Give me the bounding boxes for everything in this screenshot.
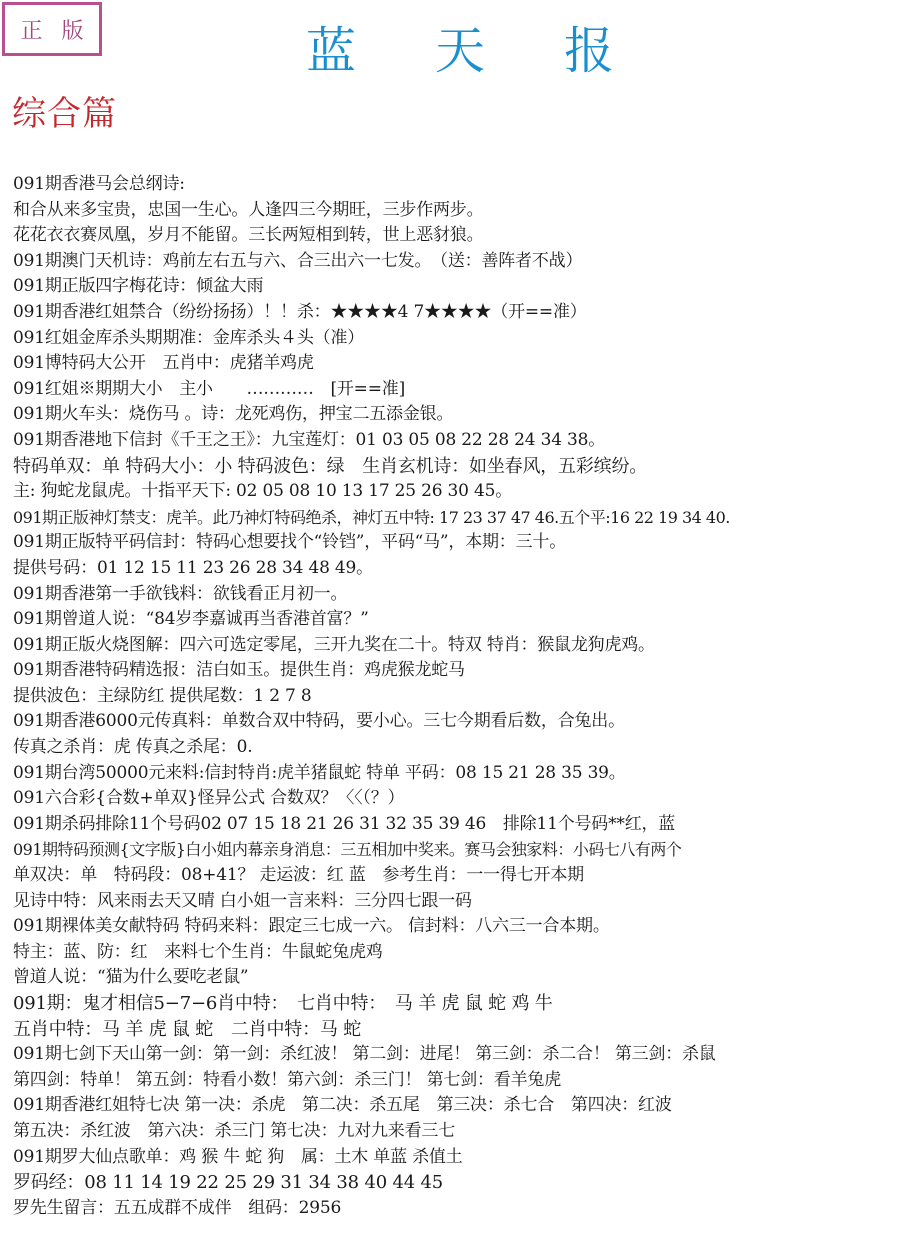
masthead-title: 蓝 天 报 (300, 18, 620, 84)
masthead-char: 蓝 (300, 26, 362, 76)
authentic-edition-badge: 正 版 (2, 2, 102, 56)
text-line: 主: 狗蛇龙鼠虎。十指平天下: 02 05 08 10 13 17 25 26 … (13, 479, 898, 505)
text-line: 特码单双：单 特码大小：小 特码波色：绿 生肖玄机诗：如坐春风，五彩缤纷。 (13, 454, 898, 480)
text-line: 091期香港地下信封《千王之王》：九宝莲灯：01 03 05 08 22 28 … (13, 428, 898, 454)
text-line: 091红姐※期期大小 主小 ………… [开==准] (13, 377, 898, 403)
text-line: 第四剑：特单！ 第五剑：特看小数！第六剑：杀三门！ 第七剑：看羊兔虎 (13, 1068, 898, 1094)
text-line: 罗先生留言：五五成群不成伴 组码：2956 (13, 1196, 898, 1222)
text-line: 和合从来多宝贵，忠国一生心。人逢四三今期旺，三步作两步。 (13, 198, 898, 224)
text-line: 091期正版特平码信封：特码心想要找个“铃铛”，平码“马”，本期：三十。 (13, 530, 898, 556)
text-line: 091期：鬼才相信5−7−6肖中特： 七肖中特： 马 羊 虎 鼠 蛇 鸡 牛 (13, 991, 898, 1017)
text-line: 091期香港6000元传真料：单数合双中特码，要小心。三七今期看后数，合兔出。 (13, 709, 898, 735)
text-line: 单双决：单 特码段：08+41？ 走运波：红 蓝 参考生肖：一一得七开本期 (13, 863, 898, 889)
article-body: 091期香港马会总纲诗: 和合从来多宝贵，忠国一生心。人逢四三今期旺，三步作两步… (13, 172, 898, 1221)
text-line: 091期罗大仙点歌单：鸡 猴 牛 蛇 狗 属：土木 单蓝 杀值土 (13, 1145, 898, 1171)
text-line: 091六合彩{合数+单双}怪异公式 合数双？〈〈（？） (13, 786, 898, 812)
text-line: 提供号码：01 12 15 11 23 26 28 34 48 49。 (13, 556, 898, 582)
text-line: 091期香港红姐禁合（纷纷扬扬）！！杀：★★★★4 7★★★★（开==准） (13, 300, 898, 326)
text-line: 第五决：杀红波 第六决：杀三门 第七决：九对九来看三七 (13, 1119, 898, 1145)
text-line: 091期火车头：烧伤马 。诗：龙死鸡伤，押宝二五添金银。 (13, 402, 898, 428)
masthead-char: 报 (558, 26, 620, 76)
badge-char: 版 (61, 14, 83, 45)
masthead-char: 天 (429, 26, 491, 76)
section-title: 综合篇 (12, 96, 117, 133)
badge-char: 正 (20, 14, 42, 45)
text-line: 五肖中特：马 羊 虎 鼠 蛇 二肖中特：马 蛇 (13, 1017, 898, 1043)
text-line: 091期香港红姐特七决 第一决：杀虎 第二决：杀五尾 第三决：杀七合 第四决：红… (13, 1093, 898, 1119)
text-line: 091期香港马会总纲诗: (13, 172, 898, 198)
text-line: 091期杀码排除11个号码02 07 15 18 21 26 31 32 35 … (13, 812, 898, 838)
text-line: 曾道人说：“猫为什么要吃老鼠” (13, 965, 898, 991)
text-line: 传真之杀肖：虎 传真之杀尾：0. (13, 735, 898, 761)
text-line: 091博特码大公开 五肖中：虎猪羊鸡虎 (13, 351, 898, 377)
text-line: 091红姐金库杀头期期准：金库杀头４头（准） (13, 326, 898, 352)
text-line: 提供波色：主绿防红 提供尾数：1 2 7 8 (13, 684, 898, 710)
text-line: 091期曾道人说：“84岁李嘉诚再当香港首富？” (13, 607, 898, 633)
text-line: 091期特码预测{文字版}白小姐内幕亲身消息：三五相加中奖来。赛马会独家料：小码… (13, 837, 898, 863)
text-line: 091期香港特码精选报：洁白如玉。提供生肖：鸡虎猴龙蛇马 (13, 658, 898, 684)
text-line: 花花衣衣赛凤凰，岁月不能留。三长两短相到转，世上恶豺狼。 (13, 223, 898, 249)
text-line: 091期正版四字梅花诗：倾盆大雨 (13, 274, 898, 300)
text-line: 091期香港第一手欲钱料：欲钱看正月初一。 (13, 582, 898, 608)
text-line: 091期澳门天机诗：鸡前左右五与六、合三出六一七发。 （送：善阵者不战） (13, 249, 898, 275)
text-line: 091期正版火烧图解：四六可选定零尾，三开九奖在二十。特双 特肖：猴鼠龙狗虎鸡。 (13, 633, 898, 659)
text-line: 091期台湾50000元来料:信封特肖:虎羊猪鼠蛇 特单 平码：08 15 21… (13, 761, 898, 787)
text-line: 091期正版神灯禁支：虎羊。此乃神灯特码绝杀，神灯五中特: 17 23 37 4… (13, 505, 898, 531)
text-line: 091期七剑下天山第一剑：第一剑：杀红波！ 第二剑：进尾！ 第三剑：杀二合！ 第… (13, 1042, 898, 1068)
text-line: 罗码经：08 11 14 19 22 25 29 31 34 38 40 44 … (13, 1170, 898, 1196)
text-line: 特主：蓝、防：红 来料七个生肖：牛鼠蛇兔虎鸡 (13, 940, 898, 966)
text-line: 见诗中特：风来雨去天又晴 白小姐一言来料：三分四七跟一码 (13, 889, 898, 915)
text-line: 091期裸体美女献特码 特码来料：跟定三七成一六。 信封料：八六三一合本期。 (13, 914, 898, 940)
